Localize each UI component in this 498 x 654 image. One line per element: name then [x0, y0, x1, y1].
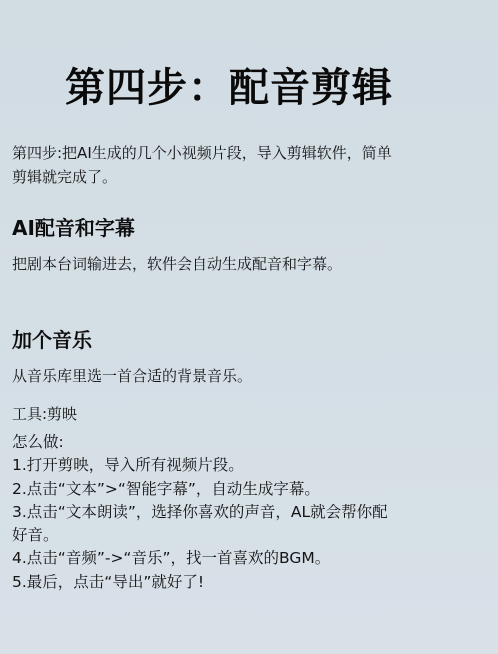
page-title: 第四步：配音剪辑	[0, 62, 498, 114]
intro-line: 第四步:把AI生成的几个小视频片段，导入剪辑软件，简单	[12, 141, 462, 165]
intro-paragraph: 第四步:把AI生成的几个小视频片段，导入剪辑软件，简单 剪辑就完成了。	[12, 141, 462, 189]
section-text-add-music: 从音乐库里选一首合适的背景音乐。	[12, 364, 252, 388]
section-heading-ai-dubbing: AI配音和字幕	[12, 215, 135, 241]
step-item: 2.点击“文本”>“智能字幕”，自动生成字幕。	[12, 478, 472, 501]
step-item: 5.最后，点击“导出”就好了!	[12, 571, 472, 594]
tool-label: 工具:剪映	[12, 402, 77, 426]
document-page: 第四步：配音剪辑 第四步:把AI生成的几个小视频片段，导入剪辑软件，简单 剪辑就…	[0, 0, 498, 654]
step-item-continuation: 好音。	[12, 524, 472, 547]
intro-line: 剪辑就完成了。	[12, 165, 462, 189]
howto-label: 怎么做:	[12, 431, 472, 454]
step-item: 4.点击“音频”->“音乐”，找一首喜欢的BGM。	[12, 547, 472, 570]
howto-steps: 怎么做: 1.打开剪映，导入所有视频片段。 2.点击“文本”>“智能字幕”，自动…	[12, 431, 472, 594]
section-heading-add-music: 加个音乐	[12, 327, 92, 353]
section-text-ai-dubbing: 把剧本台词输进去，软件会自动生成配音和字幕。	[12, 252, 342, 276]
step-item: 3.点击“文本朗读”，选择你喜欢的声音，AL就会帮你配	[12, 501, 472, 524]
step-item: 1.打开剪映，导入所有视频片段。	[12, 454, 472, 477]
